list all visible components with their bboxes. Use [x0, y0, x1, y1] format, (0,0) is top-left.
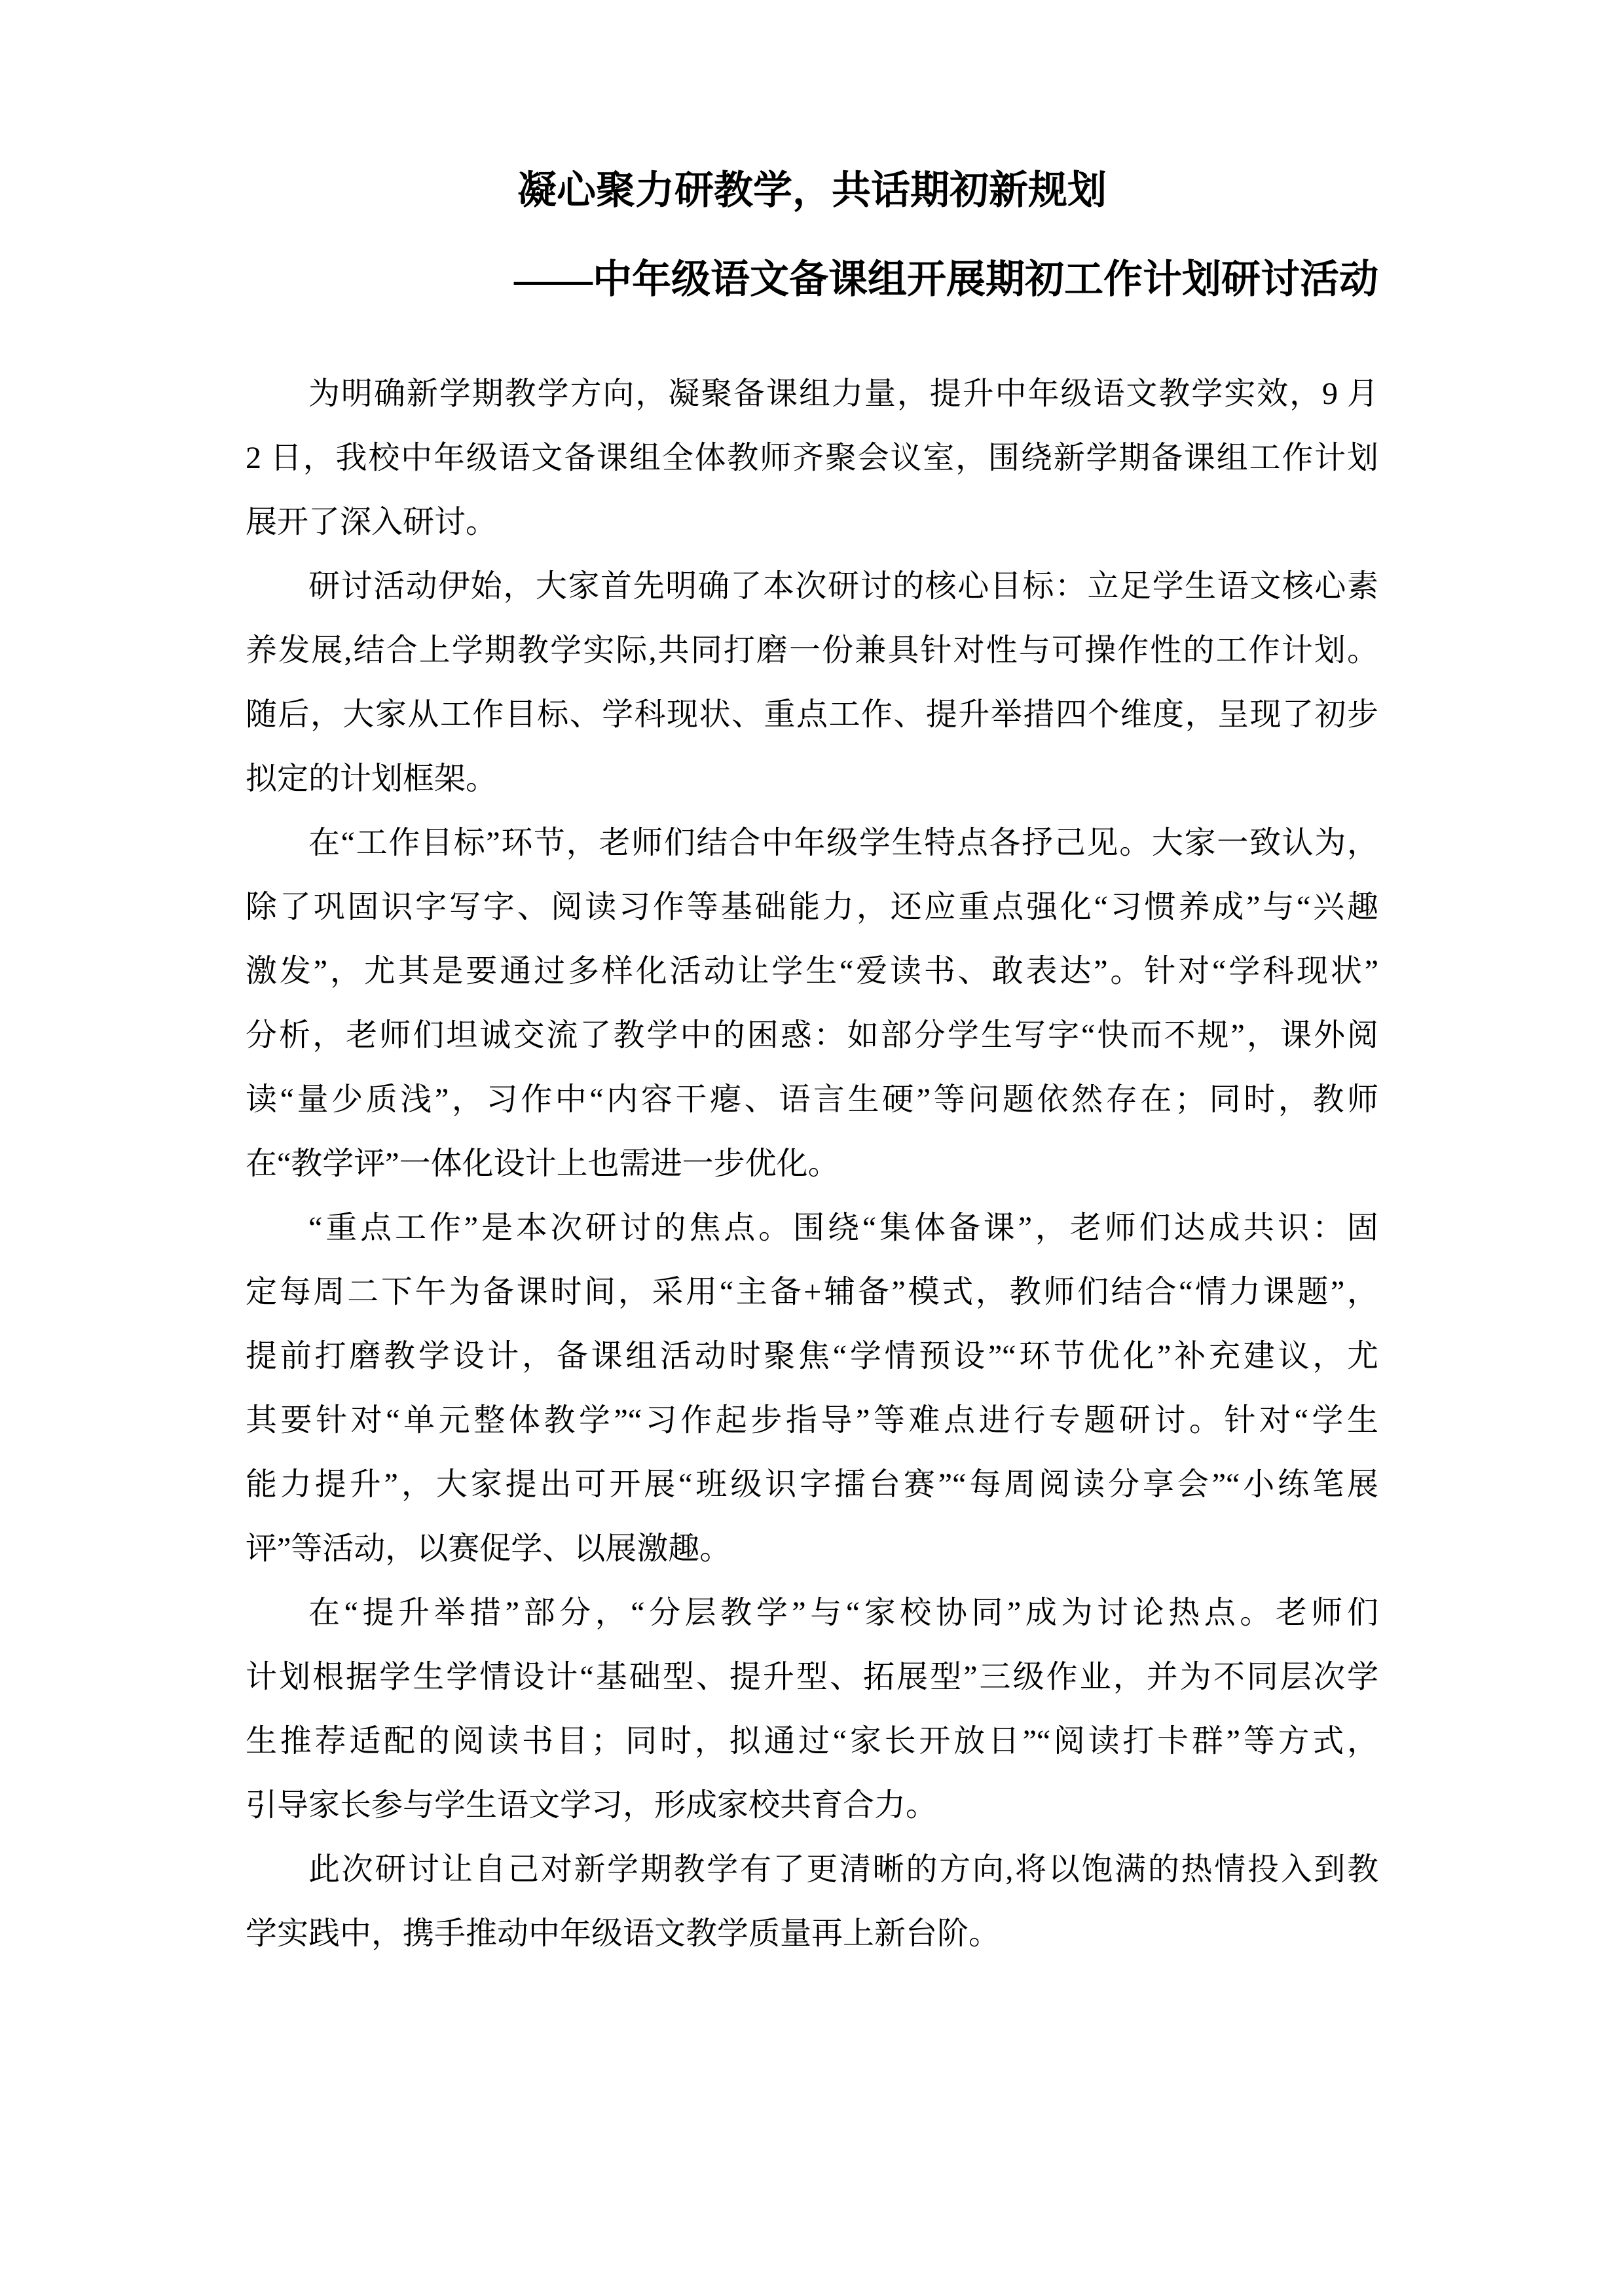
text-line: 在“教学评”一体化设计上也需进一步优化。: [246, 1132, 1378, 1196]
document-body: 为明确新学期教学方向，凝聚备课组力量，提升中年级语文教学实效，9 月2 日，我校…: [246, 362, 1378, 1966]
paragraph: 研讨活动伊始，大家首先明确了本次研讨的核心目标：立足学生语文核心素养发展,结合上…: [246, 555, 1378, 811]
paragraph: 在“工作目标”环节，老师们结合中年级学生特点各抒己见。大家一致认为，除了巩固识字…: [246, 811, 1378, 1196]
text-line: 计划根据学生学情设计“基础型、提升型、拓展型”三级作业，并为不同层次学: [246, 1645, 1378, 1709]
text-line: 随后，大家从工作目标、学科现状、重点工作、提升举措四个维度，呈现了初步: [246, 683, 1378, 747]
text-line: 读“量少质浅”，习作中“内容干瘪、语言生硬”等问题依然存在；同时，教师: [246, 1068, 1378, 1132]
text-line: 其要针对“单元整体教学”“习作起步指导”等难点进行专题研讨。针对“学生: [246, 1389, 1378, 1453]
text-line: 拟定的计划框架。: [246, 747, 1378, 811]
text-line: 生推荐适配的阅读书目；同时，拟通过“家长开放日”“阅读打卡群”等方式，: [246, 1709, 1378, 1774]
text-line: 除了巩固识字写字、阅读习作等基础能力，还应重点强化“习惯养成”与“兴趣: [246, 875, 1378, 939]
text-line: 评”等活动，以赛促学、以展激趣。: [246, 1517, 1378, 1581]
text-line: 定每周二下午为备课时间，采用“主备+辅备”模式，教师们结合“情力课题”，: [246, 1260, 1378, 1324]
text-line: 在“工作目标”环节，老师们结合中年级学生特点各抒己见。大家一致认为，: [246, 811, 1378, 875]
paragraph: “重点工作”是本次研讨的焦点。围绕“集体备课”，老师们达成共识：固定每周二下午为…: [246, 1196, 1378, 1581]
text-line: 提前打磨教学设计，备课组活动时聚焦“学情预设”“环节优化”补充建议，尤: [246, 1324, 1378, 1389]
paragraph: 此次研讨让自己对新学期教学有了更清晰的方向,将以饱满的热情投入到教学实践中，携手…: [246, 1838, 1378, 1966]
text-line: 能力提升”，大家提出可开展“班级识字擂台赛”“每周阅读分享会”“小练笔展: [246, 1453, 1378, 1517]
text-line: 在“提升举措”部分，“分层教学”与“家校协同”成为讨论热点。老师们: [246, 1581, 1378, 1645]
text-line: 激发”，尤其是要通过多样化活动让学生“爱读书、敢表达”。针对“学科现状”: [246, 939, 1378, 1004]
document-page: 凝心聚力研教学，共话期初新规划 ——中年级语文备课组开展期初工作计划研讨活动 为…: [0, 0, 1624, 2296]
text-line: “重点工作”是本次研讨的焦点。围绕“集体备课”，老师们达成共识：固: [246, 1196, 1378, 1260]
text-line: 2 日，我校中年级语文备课组全体教师齐聚会议室，围绕新学期备课组工作计划: [246, 426, 1378, 490]
text-line: 展开了深入研讨。: [246, 490, 1378, 555]
text-line: 研讨活动伊始，大家首先明确了本次研讨的核心目标：立足学生语文核心素: [246, 555, 1378, 619]
text-line: 养发展,结合上学期教学实际,共同打磨一份兼具针对性与可操作性的工作计划。: [246, 619, 1378, 683]
paragraph: 在“提升举措”部分，“分层教学”与“家校协同”成为讨论热点。老师们计划根据学生学…: [246, 1581, 1378, 1838]
page-title: 凝心聚力研教学，共话期初新规划: [246, 145, 1378, 236]
page-subtitle: ——中年级语文备课组开展期初工作计划研讨活动: [246, 236, 1378, 324]
text-line: 此次研讨让自己对新学期教学有了更清晰的方向,将以饱满的热情投入到教: [246, 1838, 1378, 1902]
text-line: 为明确新学期教学方向，凝聚备课组力量，提升中年级语文教学实效，9 月: [246, 362, 1378, 426]
paragraph: 为明确新学期教学方向，凝聚备课组力量，提升中年级语文教学实效，9 月2 日，我校…: [246, 362, 1378, 555]
text-line: 引导家长参与学生语文学习，形成家校共育合力。: [246, 1774, 1378, 1838]
text-line: 学实践中，携手推动中年级语文教学质量再上新台阶。: [246, 1902, 1378, 1966]
text-line: 分析，老师们坦诚交流了教学中的困惑：如部分学生写字“快而不规”，课外阅: [246, 1004, 1378, 1068]
